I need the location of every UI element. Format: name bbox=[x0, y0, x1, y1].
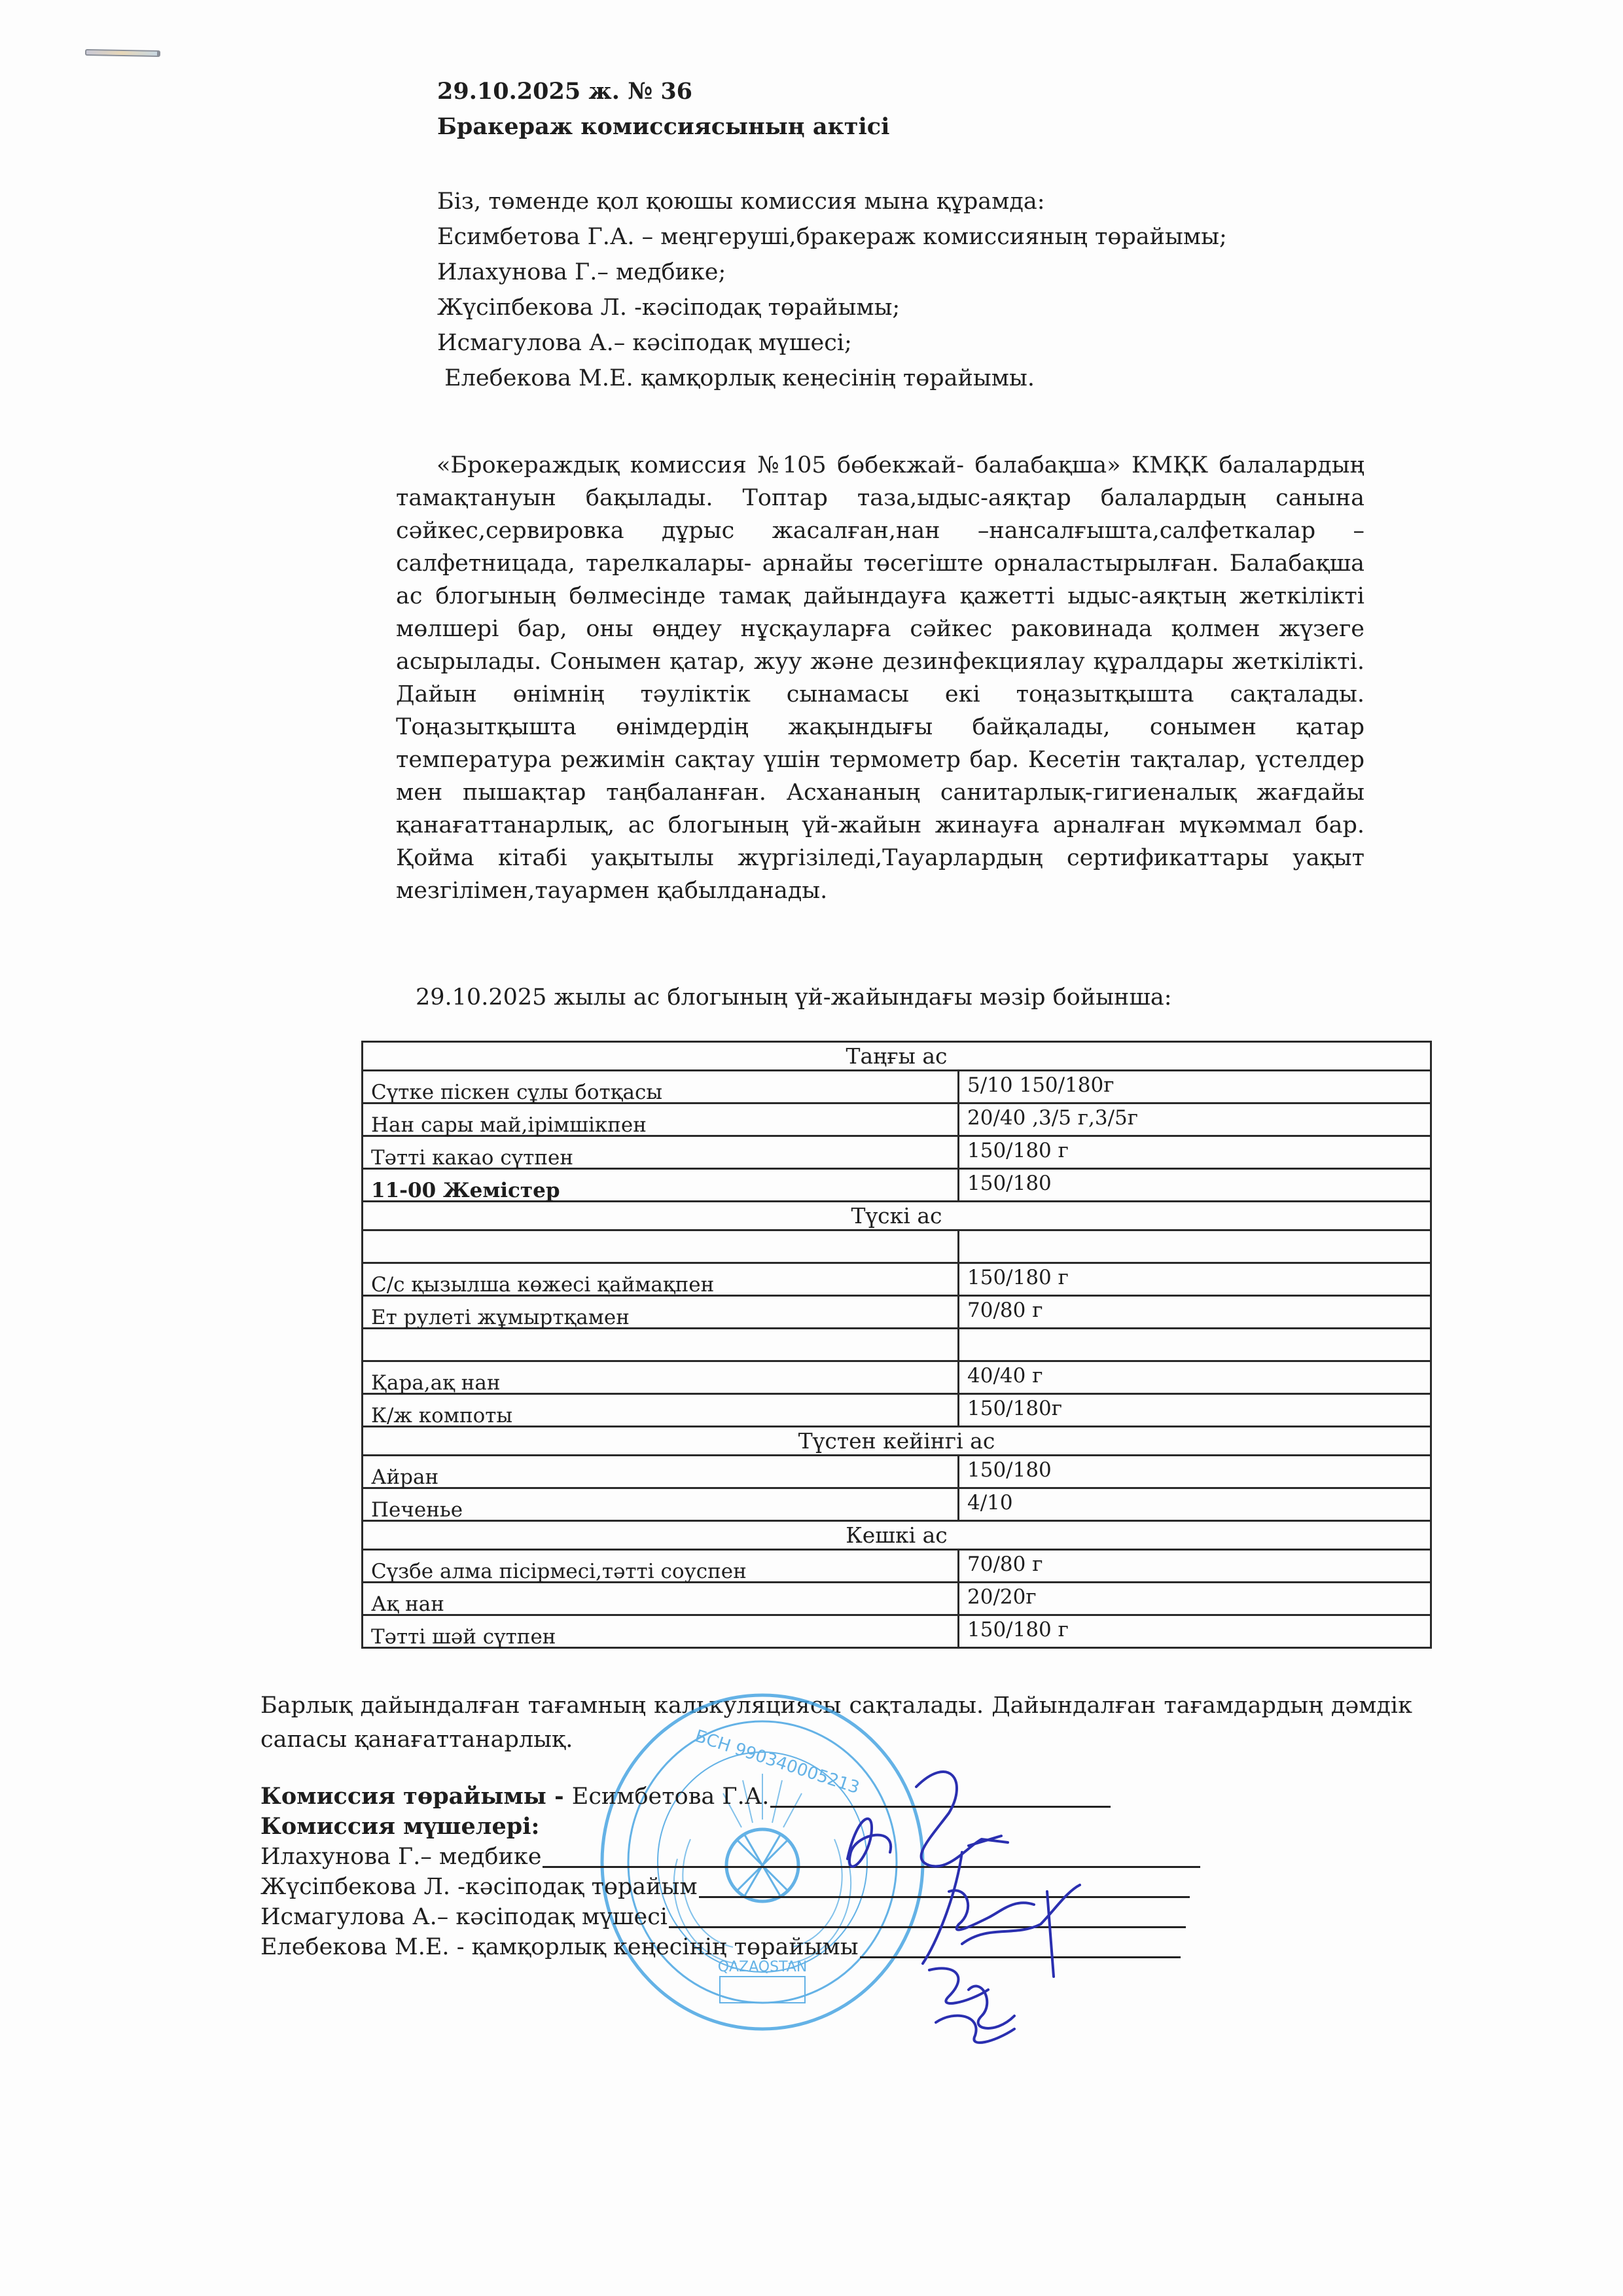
closing-paragraph: Барлық дайындалған тағамның калькуляцияс… bbox=[260, 1689, 1412, 1757]
signature-line bbox=[860, 1956, 1181, 1958]
member-signature-label: Исмагулова А.– кәсіподақ мүшесі bbox=[260, 1902, 668, 1932]
document-date-number: 29.10.2025 ж. № 36 bbox=[437, 77, 692, 106]
menu-section-title: Түстен кейінгі ас bbox=[363, 1427, 1431, 1456]
member-line: Илахунова Г.– медбике; bbox=[437, 258, 726, 287]
menu-item-name: Нан сары май,ірімшікпен bbox=[363, 1103, 959, 1136]
signature-line bbox=[669, 1926, 1186, 1928]
signature-block: Комиссия төрайымы - Есимбетова Г.А. Коми… bbox=[260, 1782, 1200, 1962]
menu-item-name: С/с қызылша көжесі қаймақпен bbox=[363, 1263, 959, 1296]
menu-item-name: 11-00 Жемістер bbox=[363, 1169, 959, 1202]
document-title: Бракераж комиссиясының актісі bbox=[437, 113, 889, 141]
menu-section-title: Түскі ас bbox=[363, 1202, 1431, 1230]
menu-item-row: Сүтке піскен сұлы ботқасы5/10 150/180г bbox=[363, 1071, 1431, 1103]
member-line: Елебекова М.Е. қамқорлық кеңесінің төрай… bbox=[437, 364, 1035, 393]
menu-item-row bbox=[363, 1230, 1431, 1263]
menu-item-row: 11-00 Жемістер150/180 bbox=[363, 1169, 1431, 1202]
menu-item-row: Печенье4/10 bbox=[363, 1488, 1431, 1521]
member-line: Есимбетова Г.А. – меңгеруші,бракераж ком… bbox=[437, 223, 1227, 251]
staple-mark bbox=[85, 49, 160, 57]
menu-item-name: Печенье bbox=[363, 1488, 959, 1521]
menu-item-row: С/с қызылша көжесі қаймақпен150/180 г bbox=[363, 1263, 1431, 1296]
signature-line bbox=[770, 1806, 1111, 1808]
menu-item-row: Тәтті шәй сүтпен150/180 г bbox=[363, 1615, 1431, 1648]
menu-section-header: Түскі ас bbox=[363, 1202, 1431, 1230]
member-signature-row: Исмагулова А.– кәсіподақ мүшесі bbox=[260, 1902, 1200, 1932]
chair-name: Есимбетова Г.А. bbox=[572, 1782, 770, 1812]
menu-item-row: Тәтті какао сүтпен150/180 г bbox=[363, 1136, 1431, 1169]
menu-caption: 29.10.2025 жылы ас блогының үй-жайындағы… bbox=[416, 983, 1172, 1012]
chair-signature-row: Комиссия төрайымы - Есимбетова Г.А. bbox=[260, 1782, 1200, 1812]
inspection-paragraph: «Брокераждық комиссия №105 бөбекжай- бал… bbox=[396, 449, 1364, 907]
menu-item-quantity: 40/40 г bbox=[959, 1361, 1431, 1394]
menu-item-name: Ет рулеті жұмыртқамен bbox=[363, 1296, 959, 1329]
menu-item-name: Сүтке піскен сұлы ботқасы bbox=[363, 1071, 959, 1103]
menu-table: Таңғы асСүтке піскен сұлы ботқасы5/10 15… bbox=[361, 1041, 1432, 1649]
menu-item-name: Ақ нан bbox=[363, 1583, 959, 1615]
member-signature-label: Илахунова Г.– медбике bbox=[260, 1842, 541, 1872]
menu-item-row: Ет рулеті жұмыртқамен70/80 г bbox=[363, 1296, 1431, 1329]
menu-item-name: Тәтті какао сүтпен bbox=[363, 1136, 959, 1169]
menu-section-header: Кешкі ас bbox=[363, 1521, 1431, 1550]
menu-item-name bbox=[363, 1329, 959, 1361]
menu-item-quantity: 20/40 ,3/5 г,3/5г bbox=[959, 1103, 1431, 1136]
menu-item-quantity: 5/10 150/180г bbox=[959, 1071, 1431, 1103]
menu-item-quantity bbox=[959, 1329, 1431, 1361]
menu-item-row bbox=[363, 1329, 1431, 1361]
menu-item-row: Қара,ақ нан40/40 г bbox=[363, 1361, 1431, 1394]
menu-item-quantity: 150/180г bbox=[959, 1394, 1431, 1427]
menu-item-row: Сүзбе алма пісірмесі,тәтті соуспен70/80 … bbox=[363, 1550, 1431, 1583]
menu-section-header: Түстен кейінгі ас bbox=[363, 1427, 1431, 1456]
menu-section-title: Таңғы ас bbox=[363, 1042, 1431, 1071]
menu-item-row: К/ж компоты150/180г bbox=[363, 1394, 1431, 1427]
menu-item-quantity: 150/180 г bbox=[959, 1263, 1431, 1296]
member-line: Жүсіпбекова Л. -кәсіподақ төрайымы; bbox=[437, 293, 900, 322]
menu-item-name: Сүзбе алма пісірмесі,тәтті соуспен bbox=[363, 1550, 959, 1583]
menu-item-quantity: 150/180 г bbox=[959, 1615, 1431, 1648]
menu-item-quantity: 70/80 г bbox=[959, 1296, 1431, 1329]
menu-item-name: Айран bbox=[363, 1456, 959, 1488]
menu-item-quantity bbox=[959, 1230, 1431, 1263]
menu-item-name bbox=[363, 1230, 959, 1263]
menu-item-name: Қара,ақ нан bbox=[363, 1361, 959, 1394]
menu-section-title: Кешкі ас bbox=[363, 1521, 1431, 1550]
signature-line bbox=[543, 1866, 1200, 1868]
menu-item-quantity: 4/10 bbox=[959, 1488, 1431, 1521]
signature-line bbox=[699, 1896, 1190, 1898]
menu-item-row: Нан сары май,ірімшікпен20/40 ,3/5 г,3/5г bbox=[363, 1103, 1431, 1136]
menu-item-row: Айран150/180 bbox=[363, 1456, 1431, 1488]
composition-intro: Біз, төменде қол қоюшы комиссия мына құр… bbox=[437, 187, 1045, 216]
menu-item-quantity: 150/180 г bbox=[959, 1136, 1431, 1169]
member-signature-label: Елебекова М.Е. - қамқорлық кеңесінің төр… bbox=[260, 1932, 859, 1962]
member-line: Исмагулова А.– кәсіподақ мүшесі; bbox=[437, 329, 852, 357]
menu-item-quantity: 150/180 bbox=[959, 1456, 1431, 1488]
menu-item-quantity: 20/20г bbox=[959, 1583, 1431, 1615]
member-signature-label: Жүсіпбекова Л. -кәсіподақ төрайым bbox=[260, 1872, 698, 1902]
menu-item-row: Ақ нан20/20г bbox=[363, 1583, 1431, 1615]
menu-item-name: К/ж компоты bbox=[363, 1394, 959, 1427]
menu-item-name: Тәтті шәй сүтпен bbox=[363, 1615, 959, 1648]
menu-item-quantity: 150/180 bbox=[959, 1169, 1431, 1202]
menu-item-quantity: 70/80 г bbox=[959, 1550, 1431, 1583]
member-signature-row: Илахунова Г.– медбике bbox=[260, 1842, 1200, 1872]
member-signature-row: Елебекова М.Е. - қамқорлық кеңесінің төр… bbox=[260, 1932, 1200, 1962]
chair-label: Комиссия төрайымы - bbox=[260, 1782, 572, 1812]
members-label: Комиссия мүшелері: bbox=[260, 1812, 1200, 1842]
member-signature-row: Жүсіпбекова Л. -кәсіподақ төрайым bbox=[260, 1872, 1200, 1902]
menu-section-header: Таңғы ас bbox=[363, 1042, 1431, 1071]
